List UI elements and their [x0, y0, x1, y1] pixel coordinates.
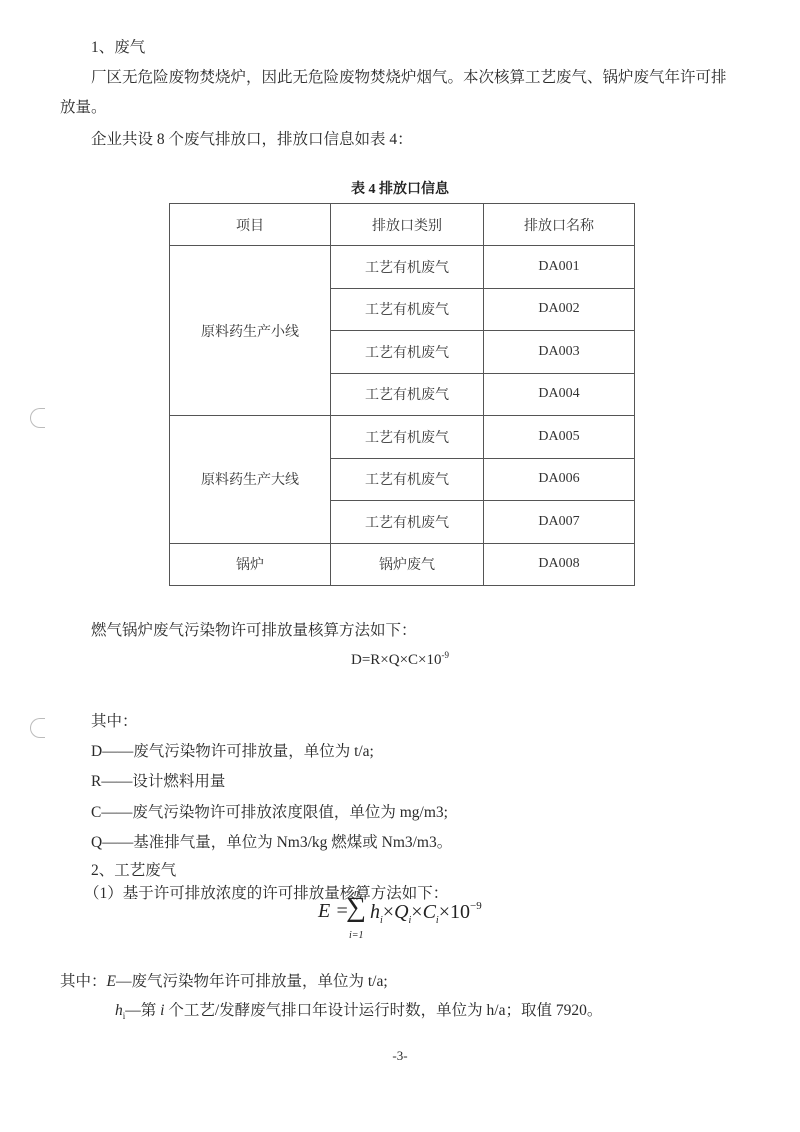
outlet-type-cell: 锅炉废气 — [331, 543, 484, 586]
ten: 10 — [450, 901, 470, 923]
table-row: 原料药生产小线 工艺有机废气 DA001 — [170, 246, 635, 289]
symbol-h: h — [115, 1002, 123, 1019]
project-cell: 原料药生产小线 — [170, 246, 331, 416]
definition-h: hi—第 i 个工艺/发酵废气排口年设计运行时数，单位为 h/a；取值 7920… — [115, 1001, 602, 1026]
outlet-info-table: 项目 排放口类别 排放口名称 原料药生产小线 工艺有机废气 DA001 工艺有机… — [169, 203, 635, 586]
project-cell: 原料药生产大线 — [170, 416, 331, 544]
sigma-lower-limit: i=1 — [349, 930, 364, 941]
outlet-type-cell: 工艺有机废气 — [331, 373, 484, 416]
outlet-type-cell: 工艺有机废气 — [331, 501, 484, 544]
where-label: 其中： — [91, 712, 138, 732]
outlet-name-cell: DA008 — [484, 543, 635, 586]
formula-lhs: E = — [318, 900, 349, 922]
times: × — [411, 901, 422, 923]
boiler-formula-exponent: -9 — [442, 650, 450, 660]
binding-hole-mark — [30, 408, 45, 428]
table-header-row: 项目 排放口类别 排放口名称 — [170, 204, 635, 246]
times: × — [383, 901, 394, 923]
outlet-name-cell: DA001 — [484, 246, 635, 289]
outlet-name-cell: DA005 — [484, 416, 635, 459]
formula-terms: hi×Qi×Ci×10−9 — [370, 900, 482, 926]
exponent: −9 — [470, 900, 482, 912]
times: × — [439, 901, 450, 923]
definition-h-text2: 个工艺/发酵废气排口年设计运行时数，单位为 h/a；取值 7920。 — [164, 1002, 602, 1019]
section2-heading: 2、工艺废气 — [91, 861, 176, 881]
term-q: Q — [394, 901, 408, 923]
project-cell: 锅炉 — [170, 543, 331, 586]
symbol-e: E — [107, 973, 116, 990]
table-caption: 表 4 排放口信息 — [0, 178, 800, 198]
paragraph-1-line2: 放量。 — [60, 98, 107, 118]
header-outlet-type: 排放口类别 — [331, 204, 484, 246]
outlet-type-cell: 工艺有机废气 — [331, 458, 484, 501]
where-prefix: 其中： — [60, 973, 107, 990]
page-number: -3- — [0, 1048, 800, 1064]
table-row: 原料药生产大线 工艺有机废气 DA005 — [170, 416, 635, 459]
outlet-name-cell: DA004 — [484, 373, 635, 416]
header-outlet-name: 排放口名称 — [484, 204, 635, 246]
outlet-name-cell: DA003 — [484, 331, 635, 374]
outlet-name-cell: DA007 — [484, 501, 635, 544]
outlet-type-cell: 工艺有机废气 — [331, 331, 484, 374]
table-row: 锅炉 锅炉废气 DA008 — [170, 543, 635, 586]
definition-e-text: —废气污染物年许可排放量，单位为 t/a; — [116, 973, 388, 990]
definition-r: R——设计燃料用量 — [91, 772, 225, 792]
boiler-formula-base: D=R×Q×C×10 — [351, 652, 442, 668]
outlet-type-cell: 工艺有机废气 — [331, 246, 484, 289]
definition-d: D——废气污染物许可排放量，单位为 t/a; — [91, 742, 374, 762]
definition-e: 其中：E—废气污染物年许可排放量，单位为 t/a; — [60, 972, 388, 992]
header-project: 项目 — [170, 204, 331, 246]
paragraph-2: 企业共设 8 个废气排放口，排放口信息如表 4： — [91, 130, 413, 150]
outlet-type-cell: 工艺有机废气 — [331, 288, 484, 331]
boiler-formula: D=R×Q×C×10-9 — [0, 650, 800, 669]
term-h: h — [370, 901, 380, 923]
definition-q: Q——基准排气量，单位为 Nm3/kg 燃煤或 Nm3/m3。 — [91, 833, 452, 853]
definition-h-text1: —第 — [125, 1002, 160, 1019]
outlet-name-cell: DA002 — [484, 288, 635, 331]
boiler-intro: 燃气锅炉废气污染物许可排放量核算方法如下： — [91, 621, 417, 641]
outlet-type-cell: 工艺有机废气 — [331, 416, 484, 459]
binding-hole-mark — [30, 718, 45, 738]
sigma-symbol: ∑ — [346, 892, 366, 924]
definition-c: C——废气污染物许可排放浓度限值，单位为 mg/m3; — [91, 803, 448, 823]
paragraph-1-line1: 厂区无危险废物焚烧炉，因此无危险废物焚烧炉烟气。本次核算工艺废气、锅炉废气年许可… — [91, 68, 727, 88]
outlet-name-cell: DA006 — [484, 458, 635, 501]
term-c: C — [423, 901, 436, 923]
section1-heading: 1、废气 — [91, 38, 145, 58]
process-formula: E = n ∑ i=1 hi×Qi×Ci×10−9 — [318, 900, 349, 923]
